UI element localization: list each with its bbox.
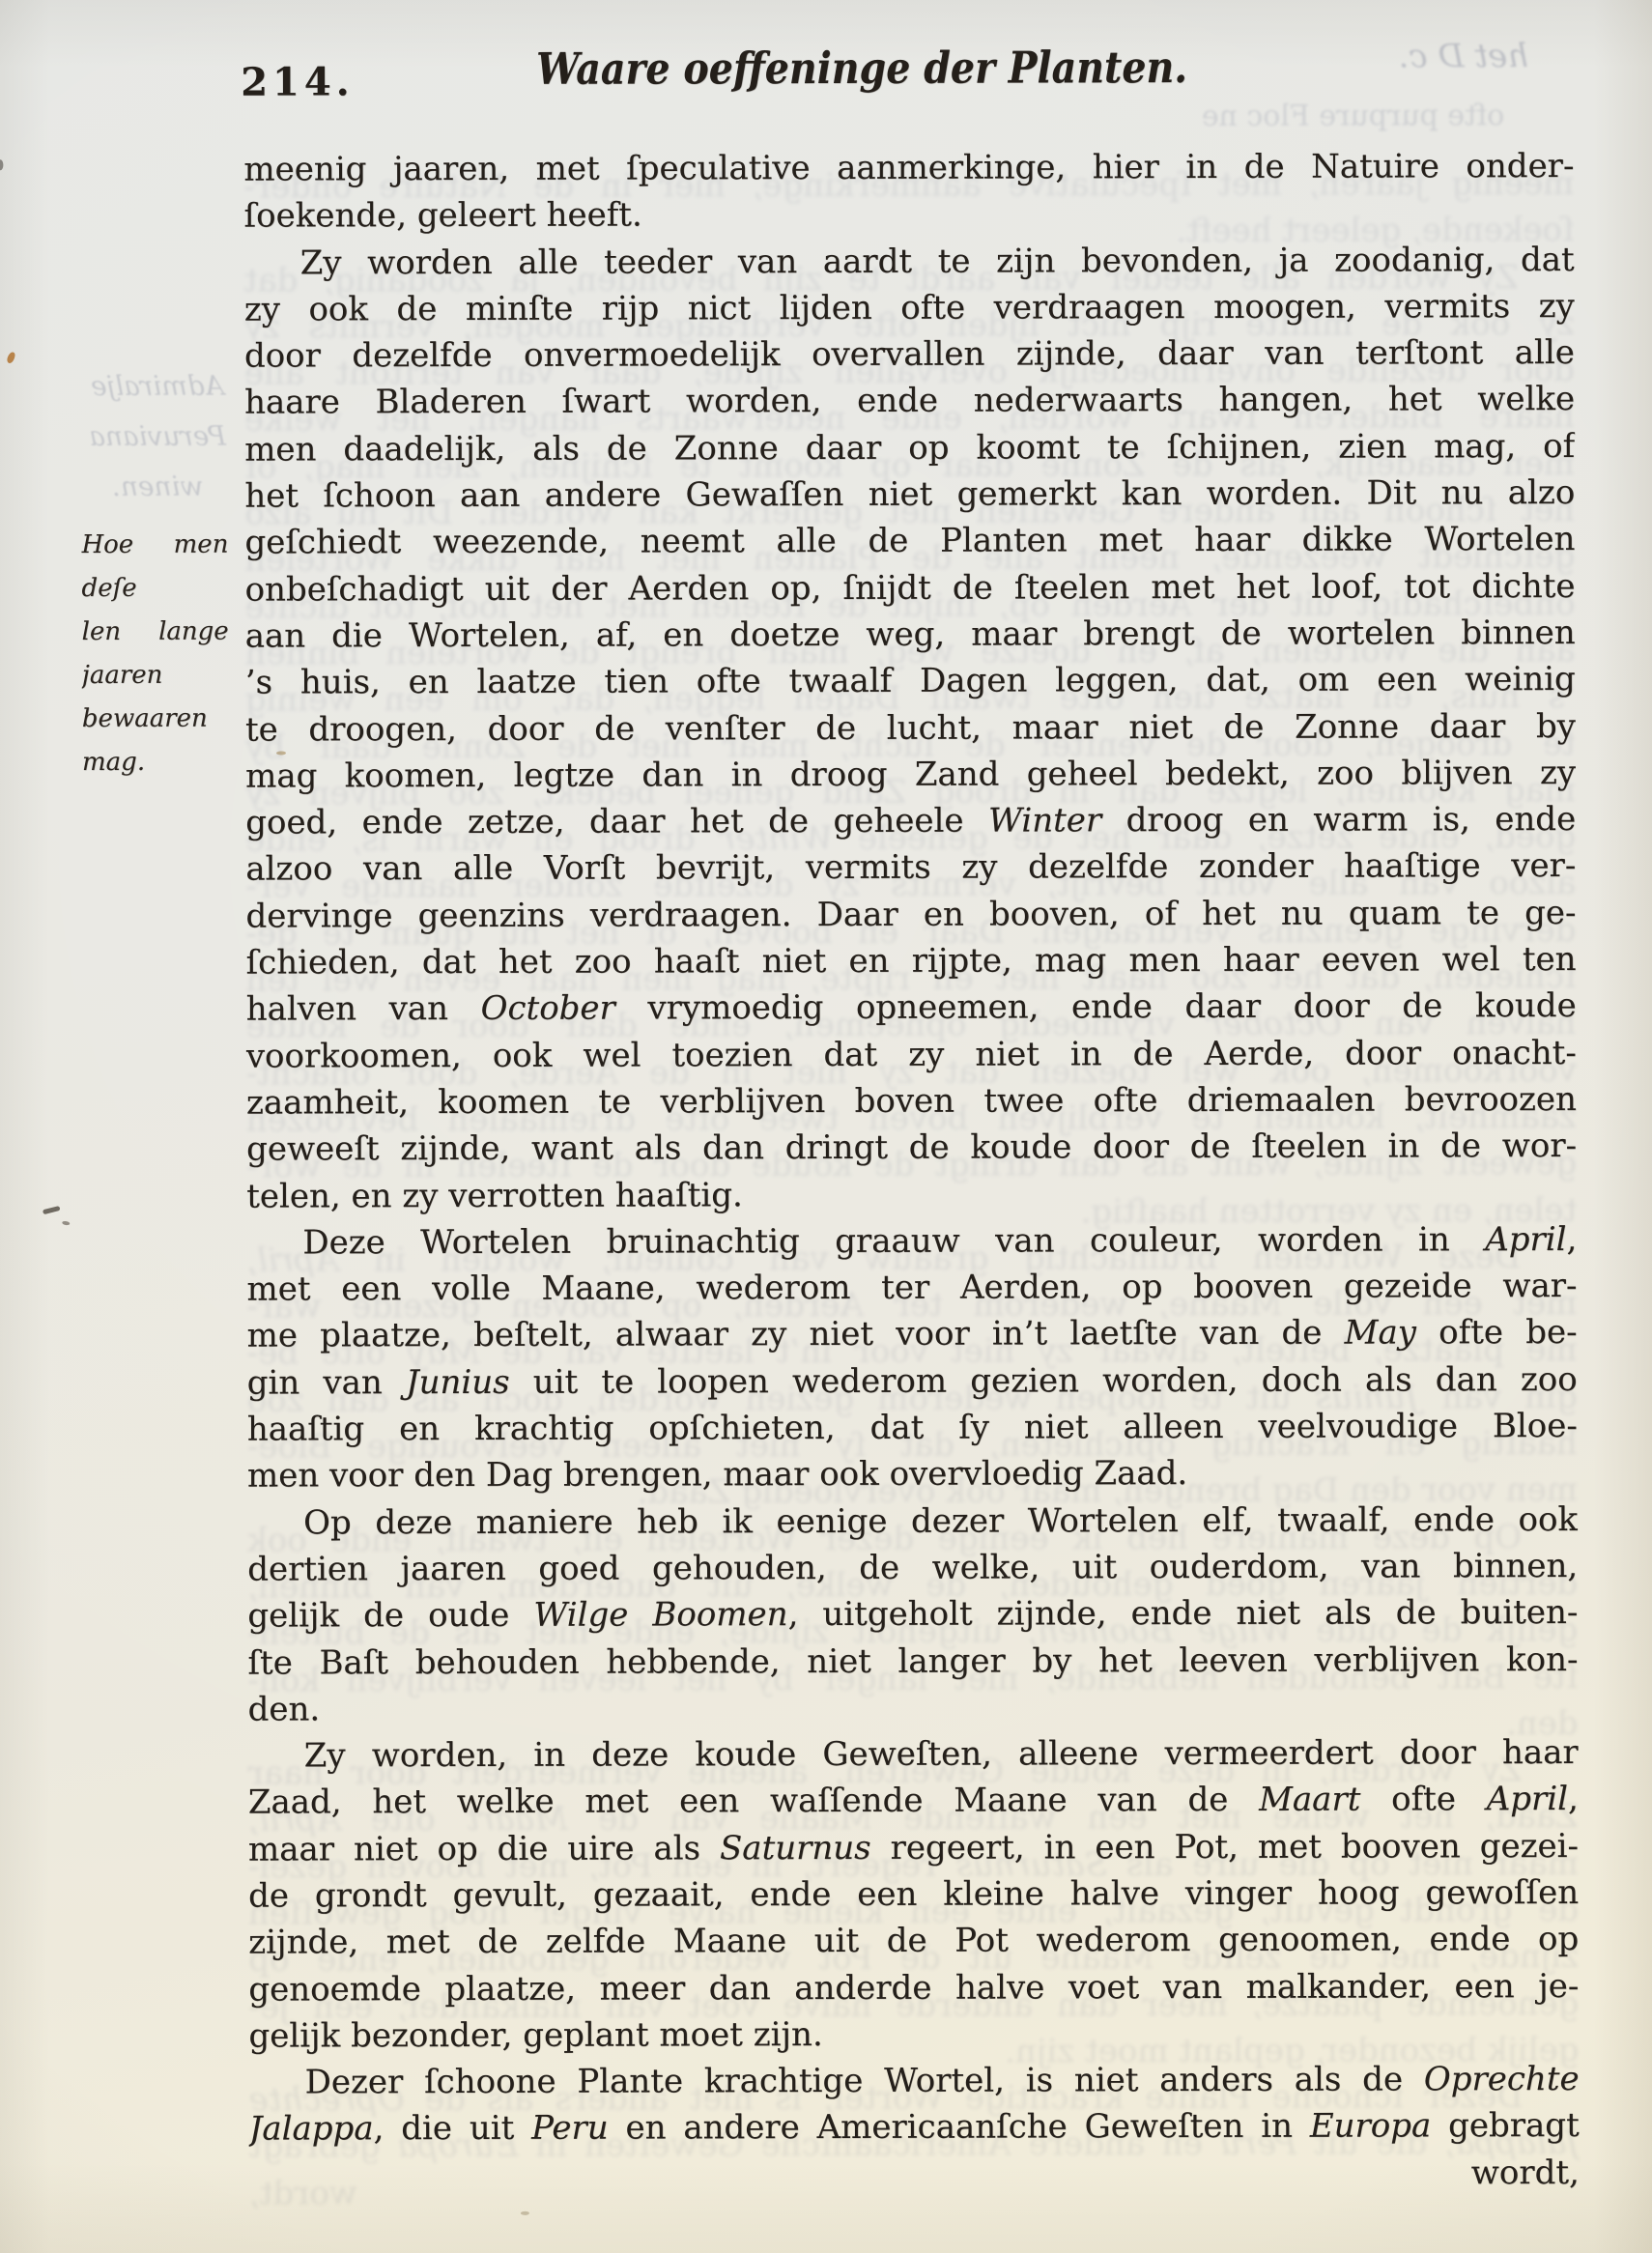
body-line: zy ook de minſte rijp nict lijden ofte v…	[244, 283, 1575, 333]
body-line: meenig jaaren, met ſpeculative aanmerkin…	[243, 143, 1574, 193]
body-line: Zy worden, in deze koude Geweſten, allee…	[248, 1729, 1579, 1780]
body-line: Zy worden alle teeder van aardt te zijn …	[244, 237, 1575, 287]
body-line: zaamheit, koomen te verblijven boven twe…	[246, 1076, 1577, 1126]
body-line: Zaad, het welke met een waſſende Maane v…	[248, 1776, 1579, 1826]
body-line: goed, ende zetze, daar het de geheele Wi…	[245, 796, 1576, 846]
body-line: Op deze maniere heb ik eenige dezer Wort…	[247, 1497, 1578, 1547]
body-line: te droogen, door de venſter de lucht, ma…	[245, 703, 1576, 754]
body-line: Jalappa, die uit Peru en andere Americaa…	[249, 2102, 1580, 2153]
body-line: men daadelijk, als de Zonne daar op koom…	[244, 423, 1575, 473]
page-content: het D c. ofte purpure Floc ne AdmiraljeP…	[0, 0, 1652, 2253]
body-line: Dezer ſchoone Plante krachtige Wortel, i…	[249, 2056, 1580, 2106]
body-line: ſchieden, dat het zoo haaſt niet en rijp…	[245, 936, 1576, 986]
body-line: genoemde plaatze, meer dan anderde halve…	[248, 1963, 1579, 2013]
body-line: geſchiedt weezende, neemt alle de Plante…	[244, 516, 1575, 566]
bleedthrough-margin-line: Admiralje	[75, 361, 240, 412]
body-line: dertien jaaren goed gehouden, de welke, …	[247, 1543, 1578, 1593]
ink-smudge	[43, 1206, 61, 1214]
body-line: dervinge geenzins verdraagen. Daar en bo…	[245, 890, 1576, 940]
bleedthrough-fragment-header: ofte purpure Floc ne	[809, 99, 1504, 134]
margin-note: Hoe mendeſe Worte-len langejaaren goedbe…	[81, 524, 229, 784]
bleedthrough-margin-line: Peruviana	[75, 412, 240, 462]
body-line: den.	[248, 1683, 1579, 1733]
body-line: haaſtig en krachtig opſchieten, dat ſy n…	[247, 1403, 1578, 1453]
margin-note-line: Hoe men	[81, 524, 228, 567]
body-line: onbeſchadigt uit der Aerden op, ſnijdt d…	[244, 563, 1575, 613]
body-line: de grondt gevult, gezaait, ende een klei…	[248, 1869, 1579, 1920]
ink-smudge	[62, 1220, 71, 1225]
bleedthrough-fragment-top: het D c.	[1210, 37, 1528, 76]
book-page-scan: het D c. ofte purpure Floc ne AdmiraljeP…	[0, 0, 1652, 2253]
page-number: 214.	[241, 59, 355, 104]
bleedthrough-margin-note: AdmiraljePeruvianawinen.	[75, 361, 240, 512]
body-line: met een volle Maane, wederom ter Aerden,…	[246, 1263, 1577, 1313]
body-line: het ſchoon aan andere Gewaſſen niet geme…	[244, 470, 1575, 520]
body-line: ſoekende, geleert heeft.	[243, 189, 1574, 240]
body-line: maar niet op die uire als Saturnus regee…	[248, 1823, 1579, 1873]
body-line: alzoo van alle Vorſt bevrijt, vermits zy…	[245, 842, 1576, 893]
running-header-title: Waare oeffeninge der Planten.	[536, 42, 1187, 95]
body-line: mag koomen, legtze dan in droog Zand geh…	[245, 750, 1576, 800]
body-line: telen, en zy verrotten haaſtig.	[246, 1169, 1577, 1219]
body-line: zijnde, met de zelfde Maane uit de Pot w…	[248, 1916, 1579, 1966]
body-line: halven van October vrymoedig opneemen, e…	[246, 983, 1577, 1033]
body-text: meenig jaaren, met ſpeculative aanmerkin…	[243, 143, 1580, 2200]
body-line: gin van Junius uit te loopen wederom gez…	[247, 1356, 1578, 1407]
body-line: aan die Wortelen, af, en doetze weg, maa…	[245, 610, 1576, 660]
bleedthrough-margin-line: winen.	[75, 462, 240, 512]
margin-note-line: jaaren goed	[82, 654, 229, 698]
body-line: door dezelfde onvermoedelijk overvallen …	[244, 329, 1575, 380]
body-line: ſte Baſt behouden hebbende, niet langer …	[247, 1636, 1578, 1686]
body-line: haare Bladeren ſwart worden, ende nederw…	[244, 376, 1575, 426]
margin-note-line: mag.	[82, 741, 229, 784]
paper-speck	[6, 351, 15, 364]
body-line: me plaatze, beſtelt, alwaar zy niet voor…	[247, 1309, 1578, 1359]
page-edge-mark	[0, 159, 3, 170]
body-line: wordt,	[249, 2150, 1580, 2200]
body-line: gelijk de oude Wilge Boomen, uitgeholt z…	[247, 1589, 1578, 1640]
body-line: geweeſt zijnde, want als dan dringt de k…	[246, 1123, 1577, 1173]
body-line: ’s huis, en laatze tien ofte twaalf Dage…	[245, 656, 1576, 706]
body-line: men voor den Dag brengen, maar ook overv…	[247, 1449, 1578, 1499]
margin-note-line: deſe Worte-	[81, 567, 228, 611]
body-line: gelijk bezonder, geplant moet zijn.	[248, 2010, 1579, 2060]
margin-note-line: len lange	[82, 611, 229, 654]
margin-note-line: bewaaren	[82, 698, 229, 741]
body-line: Deze Wortelen bruinachtig graauw van cou…	[246, 1216, 1577, 1267]
body-line: voorkoomen, ook wel toezien dat zy niet …	[246, 1030, 1577, 1080]
